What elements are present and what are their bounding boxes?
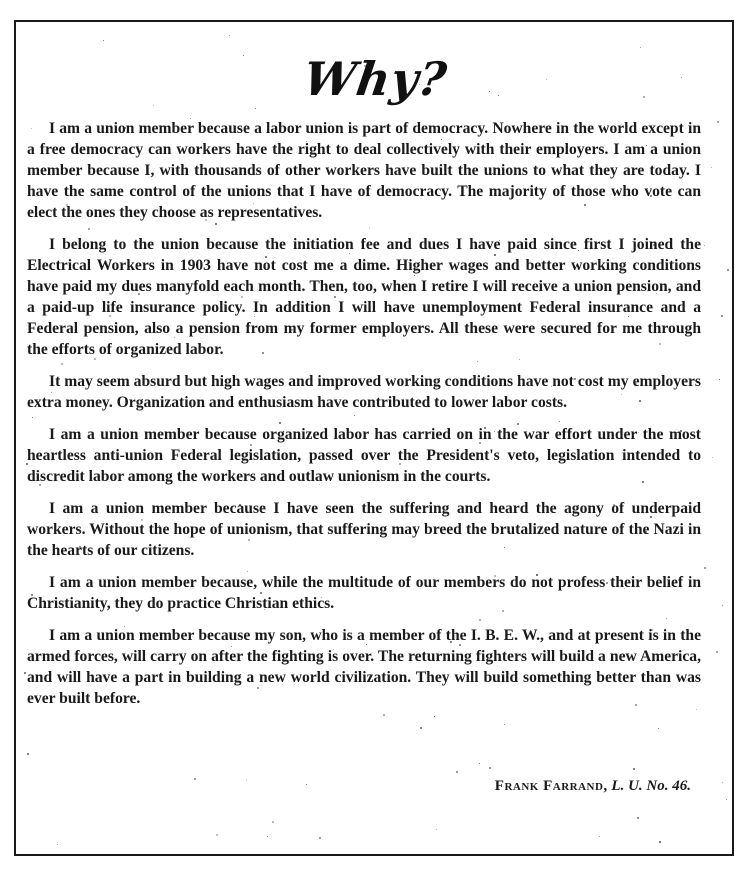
paragraph-dues: I belong to the union because the initia… bbox=[27, 234, 701, 360]
article-title: Why? bbox=[0, 52, 751, 106]
paragraph-suffering: I am a union member because I have seen … bbox=[27, 498, 701, 561]
paragraph-democracy: I am a union member because a labor unio… bbox=[27, 118, 701, 223]
paragraph-war-effort: I am a union member because organized la… bbox=[27, 424, 701, 487]
paragraph-labor-costs: It may seem absurd but high wages and im… bbox=[27, 371, 701, 413]
article-body: I am a union member because a labor unio… bbox=[27, 118, 701, 720]
paragraph-son: I am a union member because my son, who … bbox=[27, 625, 701, 709]
local-union: L. U. No. 46. bbox=[611, 778, 691, 794]
author-name: Frank Farrand, bbox=[495, 778, 608, 794]
signature: Frank Farrand, L. U. No. 46. bbox=[495, 778, 691, 795]
paragraph-ethics: I am a union member because, while the m… bbox=[27, 572, 701, 614]
